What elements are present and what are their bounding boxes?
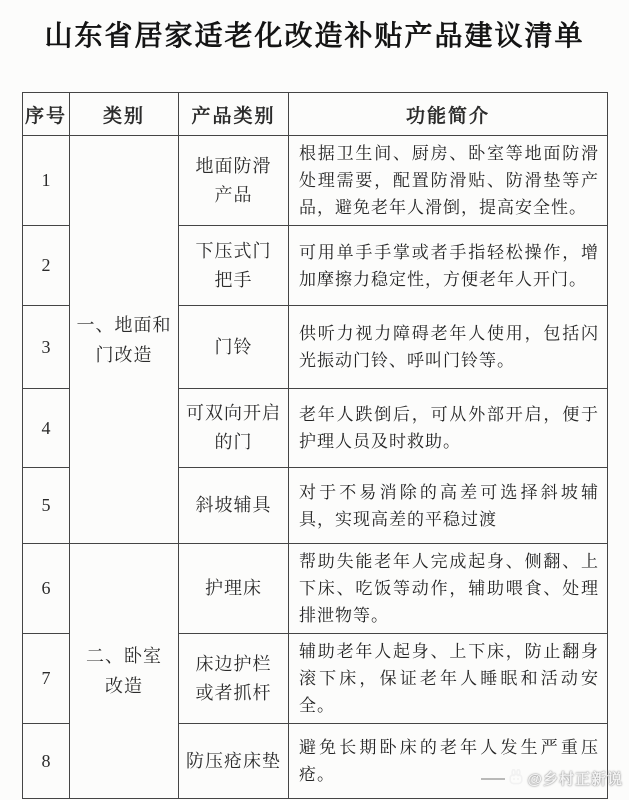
product-cell: 可双向开启 的门 <box>179 389 289 468</box>
row-number: 6 <box>23 544 70 634</box>
row-number: 3 <box>23 306 70 389</box>
watermark: @乡村正新说 <box>481 768 623 789</box>
watermark-text: @乡村正新说 <box>527 768 623 789</box>
table-row: 6 二、卧室 改造 护理床 帮助失能老年人完成起身、侧翻、上下床、吃饭等动作，辅… <box>23 544 608 634</box>
header-seq-number: 序号 <box>23 93 70 136</box>
description-cell: 可用单手手掌或者手指轻松操作，增加摩擦力稳定性，方便老年人开门。 <box>289 226 608 306</box>
description-cell: 帮助失能老年人完成起身、侧翻、上下床、吃饭等动作，辅助喂食、处理排泄物等。 <box>289 544 608 634</box>
row-number: 5 <box>23 468 70 544</box>
watermark-divider <box>481 778 505 780</box>
row-number: 7 <box>23 634 70 724</box>
document-page: 山东省居家适老化改造补贴产品建议清单 序号 类别 产品类别 功能简介 1 一、地… <box>0 0 629 800</box>
product-cell: 床边护栏 或者抓杆 <box>179 634 289 724</box>
row-number: 2 <box>23 226 70 306</box>
subsidy-product-table: 序号 类别 产品类别 功能简介 1 一、地面和 门改造 地面防滑 产品 根据卫生… <box>22 92 608 799</box>
header-function-intro: 功能简介 <box>289 93 608 136</box>
header-category: 类别 <box>70 93 179 136</box>
category-cell-bedroom: 二、卧室 改造 <box>70 544 179 799</box>
product-cell: 门铃 <box>179 306 289 389</box>
product-cell: 护理床 <box>179 544 289 634</box>
table-row: 1 一、地面和 门改造 地面防滑 产品 根据卫生间、厨房、卧室等地面防滑处理需要… <box>23 136 608 226</box>
product-cell: 防压疮床垫 <box>179 724 289 799</box>
description-cell: 根据卫生间、厨房、卧室等地面防滑处理需要，配置防滑贴、防滑垫等产品，避免老年人滑… <box>289 136 608 226</box>
product-cell: 斜坡辅具 <box>179 468 289 544</box>
description-cell: 老年人跌倒后，可从外部开启，便于护理人员及时救助。 <box>289 389 608 468</box>
description-cell: 供听力视力障碍老年人使用，包括闪光振动门铃、呼叫门铃等。 <box>289 306 608 389</box>
row-number: 4 <box>23 389 70 468</box>
row-number: 1 <box>23 136 70 226</box>
description-cell: 对于不易消除的高差可选择斜坡辅具，实现高差的平稳过渡 <box>289 468 608 544</box>
page-title: 山东省居家适老化改造补贴产品建议清单 <box>0 0 629 54</box>
table-header-row: 序号 类别 产品类别 功能简介 <box>23 93 608 136</box>
description-cell: 辅助老年人起身、上下床，防止翻身滚下床，保证老年人睡眠和活动安全。 <box>289 634 608 724</box>
row-number: 8 <box>23 724 70 799</box>
header-product-type: 产品类别 <box>179 93 289 136</box>
product-cell: 下压式门 把手 <box>179 226 289 306</box>
product-cell: 地面防滑 产品 <box>179 136 289 226</box>
rabbit-logo-icon <box>508 769 524 789</box>
category-cell-floor-door: 一、地面和 门改造 <box>70 136 179 544</box>
